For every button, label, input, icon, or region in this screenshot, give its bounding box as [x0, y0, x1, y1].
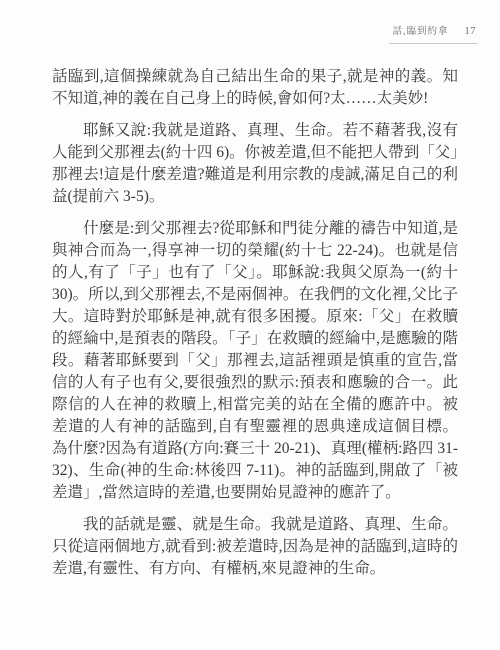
paragraph-word-is-spirit-life: 我的話就是靈、就是生命。我就是道路、真理、生命。只從這兩個地方,就看到:被差遣時… — [52, 514, 458, 580]
book-page: 話,臨到約拿 17 話臨到,這個操練就為自己結出生命的果子,就是神的義。知不知道… — [0, 0, 500, 650]
paragraph-to-the-father: 什麼是:到父那裡去?從耶穌和門徒分離的禱告中知道,是與神合而為一,得享神一切的榮… — [52, 218, 458, 504]
running-head: 話,臨到約拿 17 — [389, 23, 478, 44]
paragraph-continuation: 話臨到,這個操練就為自己結出生命的果子,就是神的義。知不知道,神的義在自己身上的… — [52, 66, 458, 110]
body-text: 話臨到,這個操練就為自己結出生命的果子,就是神的義。知不知道,神的義在自己身上的… — [52, 66, 458, 590]
page-number: 17 — [465, 26, 477, 37]
running-head-chapter-title: 話,臨到約拿 — [393, 23, 449, 37]
paragraph-jesus-way-truth-life: 耶穌又說:我就是道路、真理、生命。若不藉著我,沒有人能到父那裡去(約十四 6)。… — [52, 120, 458, 208]
